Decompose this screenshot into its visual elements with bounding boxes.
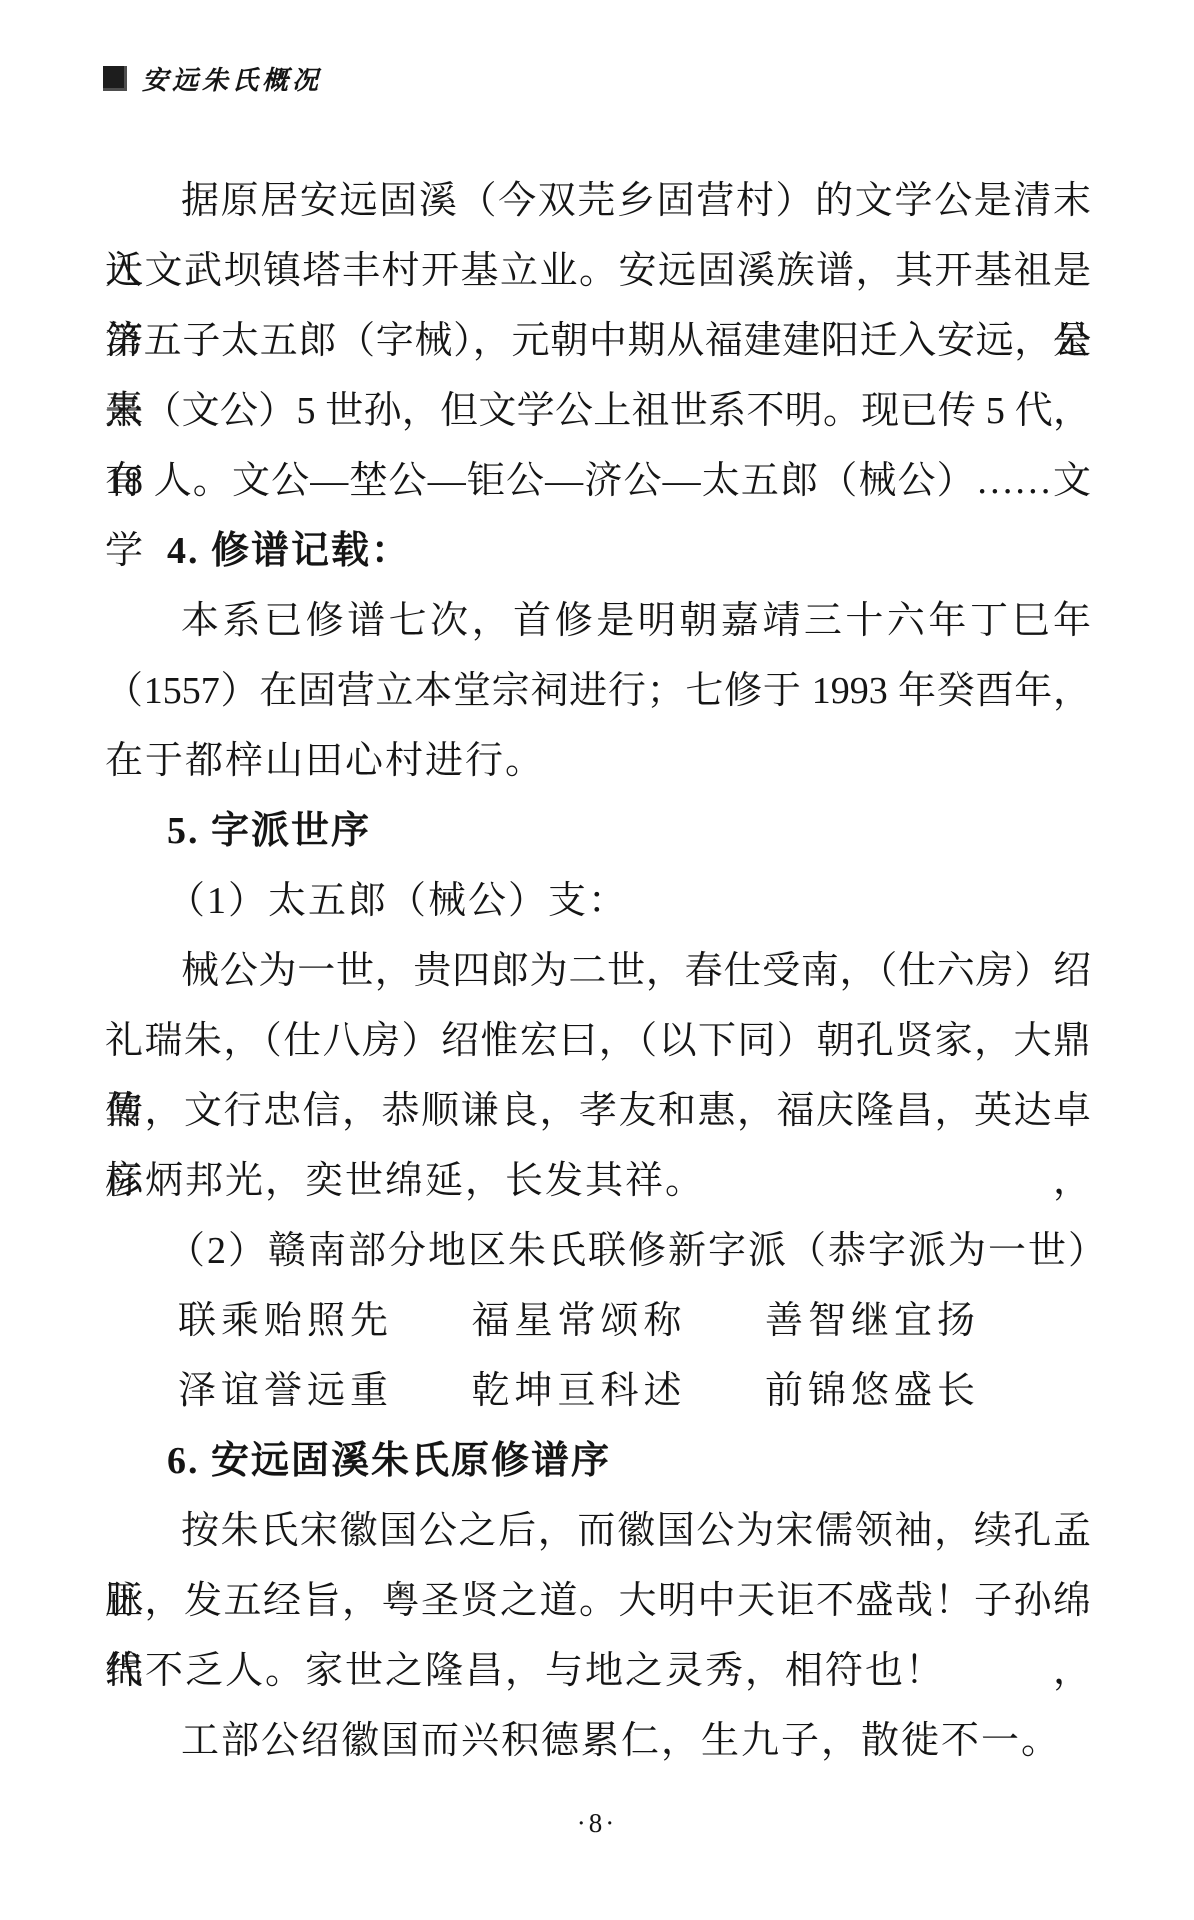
body-line: 据原居安远固溪（今双芫乡固营村）的文学公是清末迁 <box>105 166 1091 236</box>
generation-phrase-row: 联乘贻照先 福星常颂称 善智继宜扬 <box>178 1286 980 1356</box>
body-line: 代不乏人。家世之隆昌，与地之灵秀，相符也！ <box>105 1636 1091 1706</box>
subsection-heading-1: （1）太五郎（械公）支： <box>167 866 1091 936</box>
body-line: 入文武坝镇塔丰村开基立业。安远固溪族谱，其开基祖是济公 <box>105 236 1091 306</box>
body-line: （1557）在固营立本堂宗祠进行；七修于 1993 年癸酉年， <box>105 656 1091 726</box>
body-line: 械公为一世，贵四郎为二世，春仕受南，（仕六房）绍 <box>105 936 1091 1006</box>
generation-phrase: 善智继宜扬 <box>765 1286 980 1356</box>
running-head: 安远朱氏概况 <box>103 60 322 97</box>
body-line: 脉，发五经旨，粤圣贤之道。大明中天讵不盛哉！子孙绵绵， <box>105 1566 1091 1636</box>
body-line: 在于都梓山田心村进行。 <box>105 726 1091 796</box>
page-footer: ·8· <box>0 1808 1194 1839</box>
body-line: 工部公绍徽国而兴积德累仁，生九子，散徙不一。 <box>105 1706 1091 1776</box>
section-marker-icon <box>103 66 127 91</box>
document-page: 安远朱氏概况 据原居安远固溪（今双芫乡固营村）的文学公是清末迁 入文武坝镇塔丰村… <box>0 0 1194 1920</box>
section-heading-4: 4. 修谱记载： <box>167 516 1091 586</box>
generation-phrase: 前锦悠盛长 <box>765 1356 980 1426</box>
section-heading-5: 5. 字派世序 <box>167 796 1091 866</box>
generation-phrase-row: 泽谊誉远重 乾坤亘科述 前锦悠盛长 <box>178 1356 980 1426</box>
generation-phrase: 乾坤亘科述 <box>471 1356 686 1426</box>
body-line: 第五子太五郎（字械），元朝中期从福建建阳迁入安远，是朱 <box>105 306 1091 376</box>
generation-phrase: 联乘贻照先 <box>178 1286 393 1356</box>
generation-phrase: 泽谊誉远重 <box>178 1356 393 1426</box>
body-line: 18 人。文公—埜公—钜公—济公—太五郎（械公）……文学 <box>105 446 1091 516</box>
page-body: 据原居安远固溪（今双芫乡固营村）的文学公是清末迁 入文武坝镇塔丰村开基立业。安远… <box>105 166 1091 1776</box>
section-heading-6: 6. 安远固溪朱氏原修谱序 <box>167 1426 1091 1496</box>
body-line: 熹（文公）5 世孙，但文学公上祖世系不明。现已传 5 代，有 <box>105 376 1091 446</box>
generation-phrase: 福星常颂称 <box>471 1286 686 1356</box>
body-line: 传，文行忠信，恭顺谦良，孝友和惠，福庆隆昌，英达卓彦， <box>105 1076 1091 1146</box>
body-line: 礼瑞朱，（仕八房）绍惟宏曰，（以下同）朝孔贤家，大鼎鼐 <box>105 1006 1091 1076</box>
page-number: ·8· <box>577 1808 617 1838</box>
subsection-heading-2: （2）赣南部分地区朱氏联修新字派（恭字派为一世） <box>167 1216 1091 1286</box>
body-line: 按朱氏宋徽国公之后，而徽国公为宋儒领袖，续孔孟正 <box>105 1496 1091 1566</box>
book-title: 安远朱氏概况 <box>142 60 322 97</box>
body-line: 本系已修谱七次，首修是明朝嘉靖三十六年丁巳年 <box>105 586 1091 656</box>
